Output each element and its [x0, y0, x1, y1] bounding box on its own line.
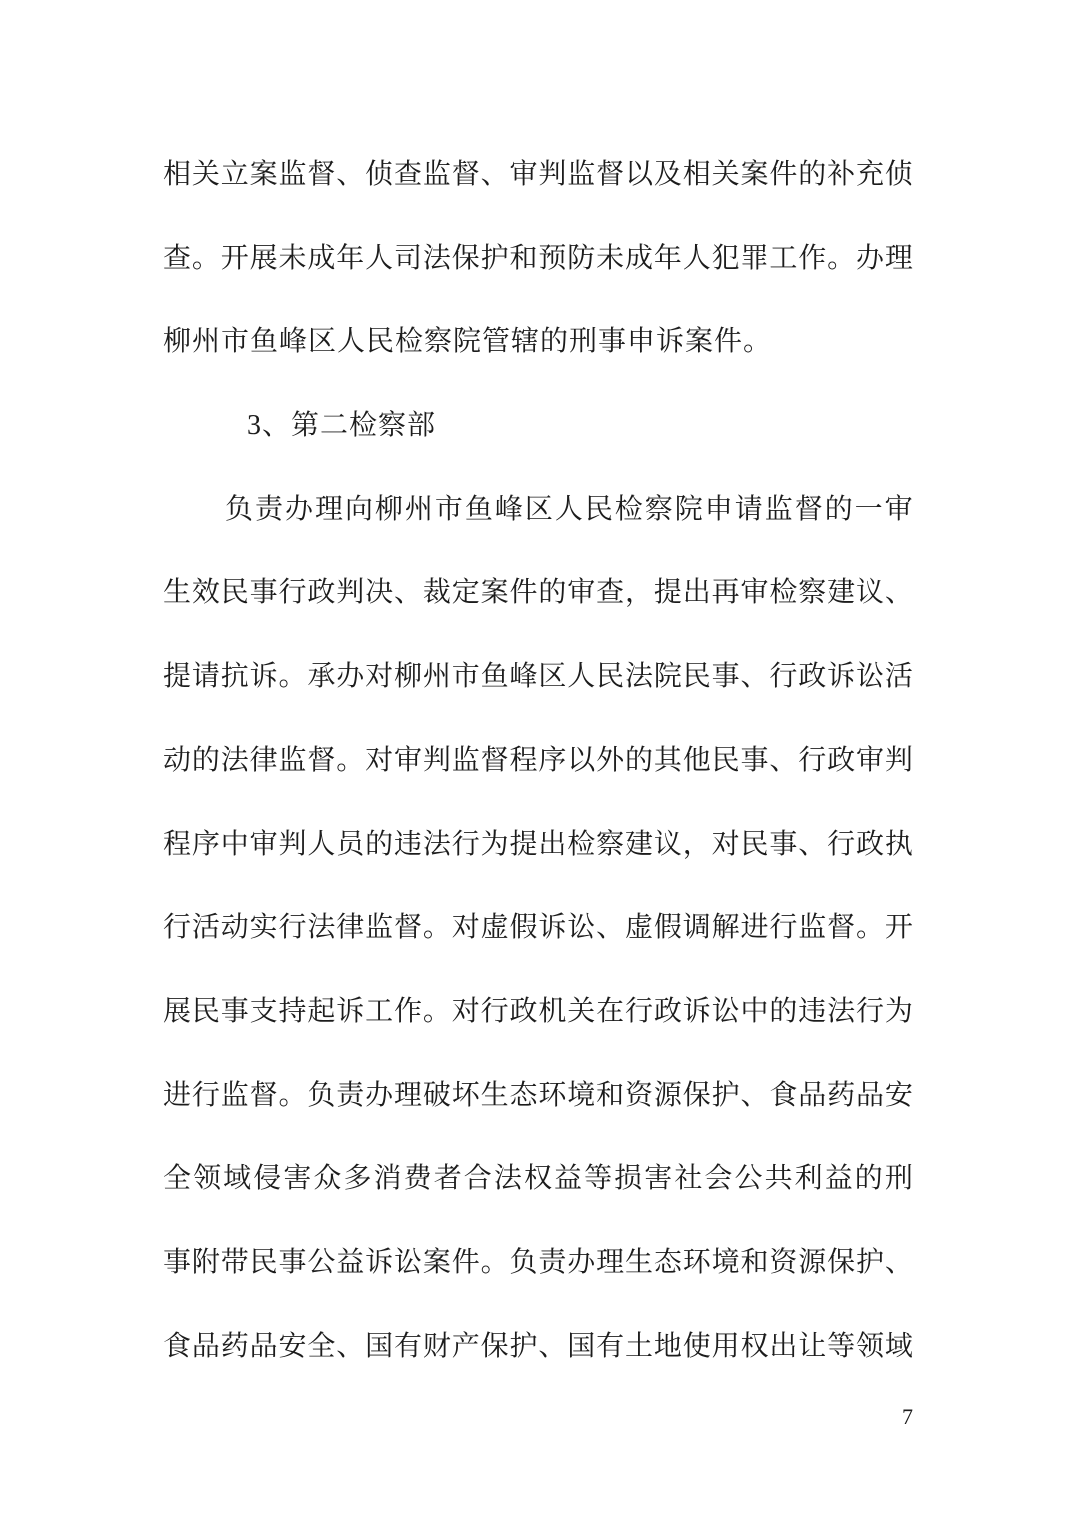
- text-line: 进行监督。负责办理破坏生态环境和资源保护、食品药品安: [163, 1054, 913, 1138]
- page-number: 7: [163, 1402, 913, 1432]
- text-line: 生效民事行政判决、裁定案件的审查，提出再审检察建议、: [163, 551, 913, 635]
- text-line: 提请抗诉。承办对柳州市鱼峰区人民法院民事、行政诉讼活: [163, 635, 913, 719]
- document-page: 相关立案监督、侦查监督、审判监督以及相关案件的补充侦 查。开展未成年人司法保护和…: [0, 0, 1075, 1520]
- document-body: 相关立案监督、侦查监督、审判监督以及相关案件的补充侦 查。开展未成年人司法保护和…: [163, 133, 913, 1388]
- text-line: 相关立案监督、侦查监督、审判监督以及相关案件的补充侦: [163, 133, 913, 217]
- text-line: 行活动实行法律监督。对虚假诉讼、虚假调解进行监督。开: [163, 886, 913, 970]
- text-line: 事附带民事公益诉讼案件。负责办理生态环境和资源保护、: [163, 1221, 913, 1305]
- text-line: 食品药品安全、国有财产保护、国有土地使用权出让等领域: [163, 1305, 913, 1389]
- text-line: 全领域侵害众多消费者合法权益等损害社会公共利益的刑: [163, 1137, 913, 1221]
- text-line: 柳州市鱼峰区人民检察院管辖的刑事申诉案件。: [163, 300, 913, 384]
- section-heading: 3、第二检察部: [163, 384, 913, 468]
- text-line: 查。开展未成年人司法保护和预防未成年人犯罪工作。办理: [163, 217, 913, 301]
- text-line: 展民事支持起诉工作。对行政机关在行政诉讼中的违法行为: [163, 970, 913, 1054]
- text-line: 程序中审判人员的违法行为提出检察建议，对民事、行政执: [163, 803, 913, 887]
- text-line: 负责办理向柳州市鱼峰区人民检察院申请监督的一审: [163, 468, 913, 552]
- text-line: 动的法律监督。对审判监督程序以外的其他民事、行政审判: [163, 719, 913, 803]
